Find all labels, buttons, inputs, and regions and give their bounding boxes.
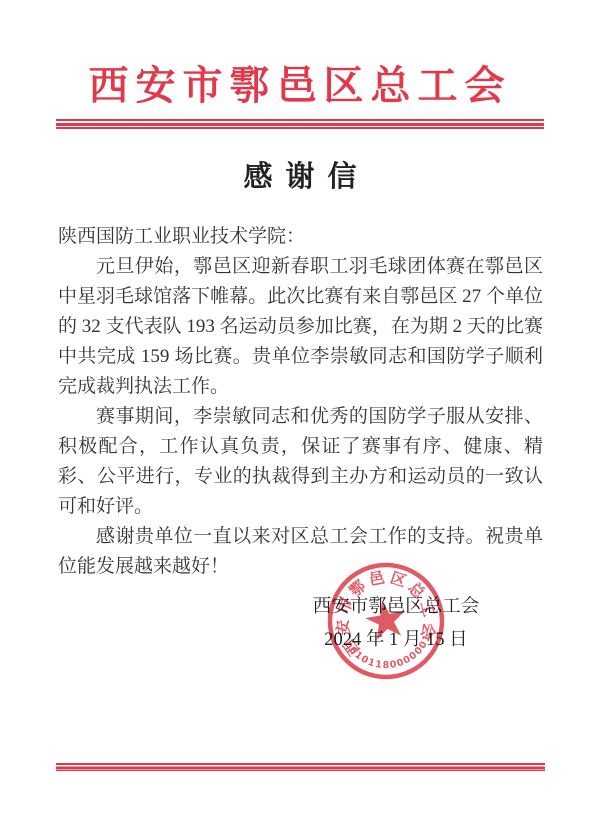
letter-body: 陕西国防工业职业技术学院： 元旦伊始，鄠邑区迎新春职工羽毛球团体赛在鄠邑区中星羽… [58, 222, 543, 582]
footer-divider-rule [56, 763, 545, 771]
seal-star-icon [363, 597, 409, 641]
salutation: 陕西国防工业职业技术学院： [58, 222, 543, 252]
official-seal: 西安市鄠邑区总工会 6101180000001 [298, 533, 474, 709]
letterhead-divider-rule [56, 119, 544, 129]
letterhead-org-name: 西安市鄠邑区总工会 [0, 62, 600, 110]
paragraph: 元旦伊始，鄠邑区迎新春职工羽毛球团体赛在鄠邑区中星羽毛球馆落下帷幕。此次比赛有来… [58, 252, 543, 402]
scanned-letter-page: 西安市鄠邑区总工会 感谢信 陕西国防工业职业技术学院： 元旦伊始，鄠邑区迎新春职… [0, 0, 600, 838]
document-title: 感谢信 [0, 159, 600, 197]
paragraph: 赛事期间，李崇敏同志和优秀的国防学子服从安排、积极配合，工作认真负责，保证了赛事… [58, 402, 543, 522]
